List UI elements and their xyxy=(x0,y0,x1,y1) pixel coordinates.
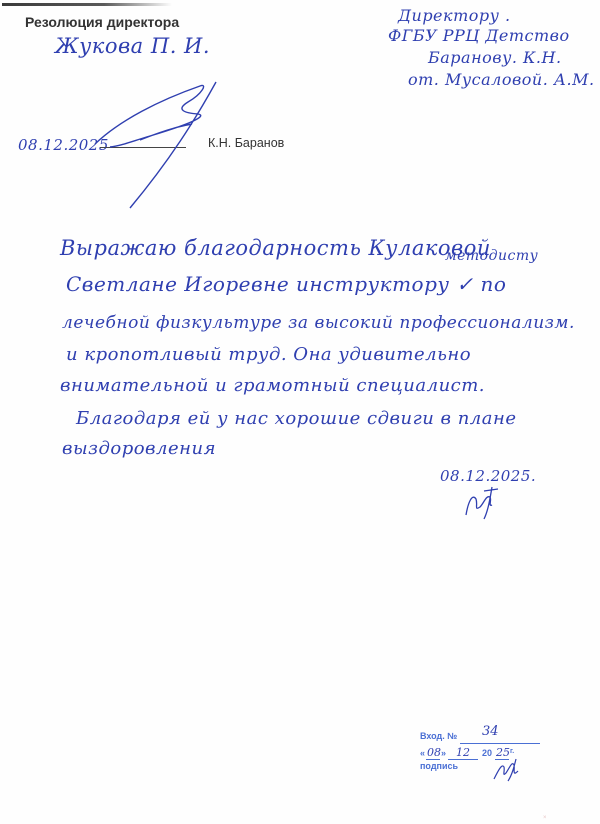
body-line-6: Благодаря ей у нас хорошие сдвиги в план… xyxy=(76,408,517,429)
body-line-1: Выражаю благодарность Кулаковой xyxy=(60,236,491,260)
scanned-document-page: Резолюция директора Жукова П. И. 08.12.2… xyxy=(0,0,600,824)
incoming-number-value: 34 xyxy=(482,724,499,739)
body-line-3: лечебной физкультуре за высокий професси… xyxy=(62,313,575,333)
header-line-1: Директору . xyxy=(398,6,511,25)
date-open-quote: « xyxy=(420,748,425,758)
incoming-number-underline xyxy=(460,743,540,744)
scan-edge-shadow xyxy=(2,3,172,6)
body-insertion: методисту xyxy=(445,248,538,264)
stamp-day-value: 08 xyxy=(427,746,441,759)
sender-signature-icon xyxy=(462,485,502,521)
header-line-3: Баранову. К.Н. xyxy=(428,48,562,67)
stamp-month-value: 12 xyxy=(456,746,470,759)
body-line-4: и кропотливый труд. Она удивительно xyxy=(66,344,471,365)
resolution-addressee: Жукова П. И. xyxy=(55,34,210,58)
signature-label: подпись xyxy=(420,761,458,771)
body-line-5: внимательной и грамотный специалист. xyxy=(60,375,485,396)
director-signature-icon xyxy=(90,80,220,210)
sender-date: 08.12.2025. xyxy=(440,467,536,485)
body-line-2: Светлане Игоревне инструктору ✓ по xyxy=(66,272,506,296)
date-close-quote: » xyxy=(441,748,446,758)
day-underline xyxy=(426,759,440,760)
incoming-number-label: Вход. № xyxy=(420,731,457,741)
registration-stamp: Вход. № 34 « 08 » 12 20 25 г. подпись xyxy=(420,727,560,787)
scan-speck: × xyxy=(543,815,547,819)
month-underline xyxy=(448,759,478,760)
resolution-title: Резолюция директора xyxy=(25,14,179,30)
stamp-signature-icon xyxy=(492,757,522,783)
stamp-year-unit: г. xyxy=(510,748,514,755)
header-line-2: ФГБУ РРЦ Детство xyxy=(388,26,570,45)
stamp-year-prefix: 20 xyxy=(482,748,492,758)
header-line-4: от. Мусаловой. А.М. xyxy=(408,70,595,89)
body-line-7: выздоровления xyxy=(62,438,216,459)
